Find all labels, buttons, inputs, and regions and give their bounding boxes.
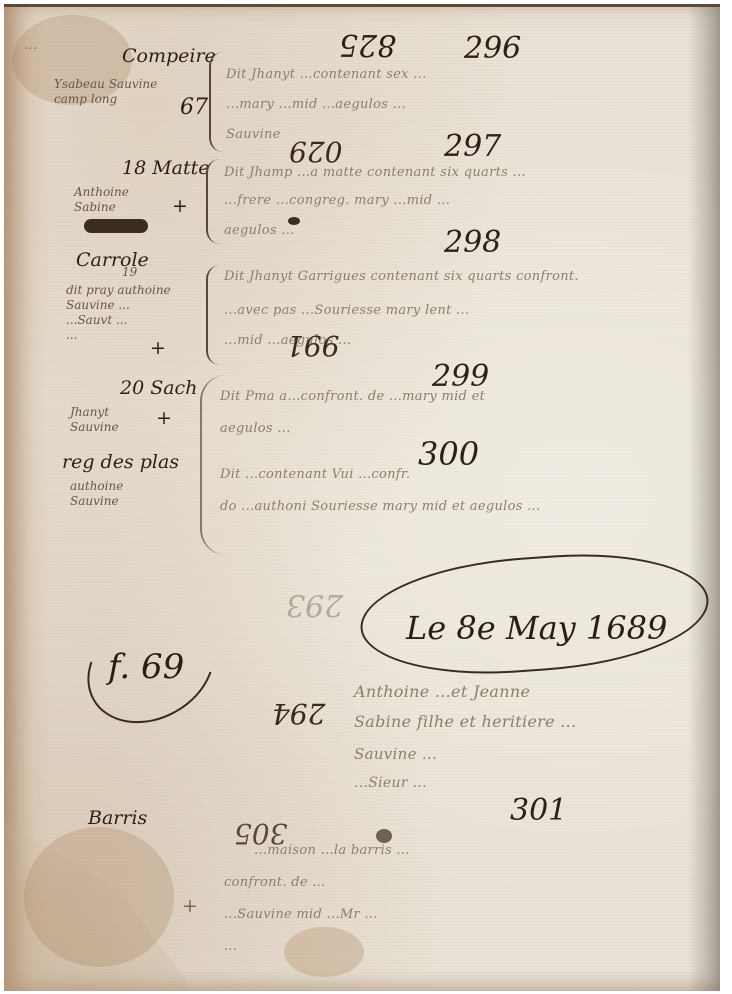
margin-note-296: Ysabeau Sauvine camp long — [54, 77, 174, 107]
entry-line: ... — [224, 939, 237, 954]
cross-mark: + — [172, 195, 188, 217]
entry-line: Sauvine — [226, 127, 281, 142]
margin-heading-296: Compeire — [122, 45, 216, 67]
entry-brace — [206, 159, 222, 244]
margin-line: Jhanyt — [70, 405, 170, 420]
margin-note-297: Anthoine Sabine — [74, 185, 174, 215]
margin-line: camp long — [54, 92, 174, 107]
entry-line: Dit Jhanyt Garrigues contenant six quart… — [224, 269, 579, 284]
date-heading: Le 8e May 1689 — [406, 609, 667, 647]
entry-line: Dit Pma a...confront. de ...mary mid et — [220, 389, 485, 404]
date-body-line: Anthoine ...et Jeanne — [354, 682, 530, 701]
margin-heading-297: 18 Matte — [122, 157, 210, 179]
folio-number: f. 69 — [108, 647, 184, 687]
ink-blot — [84, 219, 148, 233]
entry-brace — [209, 52, 225, 152]
entry-line: do ...authoni Souriesse mary mid et aegu… — [220, 499, 540, 514]
ghost-number: 293 — [286, 587, 343, 622]
entry-number-301: 301 — [510, 793, 567, 828]
margin-heading-298: Carrole — [76, 249, 149, 271]
water-stain — [24, 827, 174, 967]
margin-heading-300: reg des plas — [62, 451, 179, 473]
entry-line: Dit ...contenant Vui ...confr. — [220, 467, 410, 482]
cross-mark: + — [156, 407, 172, 429]
faded-top-scribble: ... — [24, 37, 37, 53]
reversed-number: 029 — [289, 135, 342, 168]
entry-line: ...frere ...congreg. mary ...mid ... — [224, 193, 450, 208]
margin-line: dit pray authoine — [66, 283, 196, 298]
entry-number-298: 298 — [444, 225, 501, 260]
margin-day-19: 19 — [122, 265, 137, 280]
margin-line: Sauvine — [70, 494, 170, 509]
reversed-number: 825 — [339, 27, 396, 62]
entry-line: ...Sauvine mid ...Mr ... — [224, 907, 378, 922]
entry-line: ...maison ...la barris ... — [254, 843, 410, 858]
margin-line: ...Sauvt ... — [66, 313, 196, 328]
margin-number-67: 67 — [180, 95, 208, 120]
date-body-line: ...Sieur ... — [354, 775, 427, 791]
entry-number-297: 297 — [444, 129, 501, 164]
cross-mark: + — [150, 337, 166, 359]
margin-line: Sauvine ... — [66, 298, 196, 313]
date-body-line: Sabine filhe et heritiere ... — [354, 712, 576, 731]
entry-line: ...mary ...mid ...aegulos ... — [226, 97, 406, 112]
entry-line: confront. de ... — [224, 875, 326, 890]
entry-line: ...avec pas ...Souriesse mary lent ... — [224, 303, 469, 318]
entry-number-300: 300 — [418, 435, 479, 473]
margin-note-298: dit pray authoine Sauvine ... ...Sauvt .… — [66, 283, 196, 343]
margin-line: ... — [66, 328, 196, 343]
margin-note-300: authoine Sauvine — [70, 479, 170, 509]
manuscript-page: ... 825 296 Compeire Ysabeau Sauvine cam… — [4, 4, 720, 991]
cross-mark: + — [182, 895, 198, 917]
entry-number-296: 296 — [464, 31, 521, 66]
entry-line: aegulos ... — [224, 223, 295, 238]
date-body-line: Sauvine ... — [354, 745, 437, 763]
margin-line: Ysabeau Sauvine — [54, 77, 174, 92]
water-stain — [284, 927, 364, 977]
margin-line: Sabine — [74, 200, 174, 215]
margin-line: Sauvine — [70, 420, 170, 435]
entry-line: Dit Jhamp ...a matte contenant six quart… — [224, 165, 526, 180]
margin-heading-301: Barris — [88, 807, 147, 829]
reversed-number: 294 — [272, 697, 325, 730]
entry-brace — [200, 375, 226, 555]
margin-note-299: Jhanyt Sauvine — [70, 405, 170, 435]
entry-line: aegulos ... — [220, 421, 291, 436]
margin-heading-299: 20 Sach — [120, 377, 197, 399]
entry-line: Dit Jhanyt ...contenant sex ... — [226, 67, 427, 82]
reversed-number: 991 — [286, 329, 339, 362]
page-edge-shadow — [688, 7, 720, 991]
ink-blot — [376, 829, 392, 843]
margin-line: authoine — [70, 479, 170, 494]
ink-blot — [288, 217, 300, 225]
margin-line: Anthoine — [74, 185, 174, 200]
